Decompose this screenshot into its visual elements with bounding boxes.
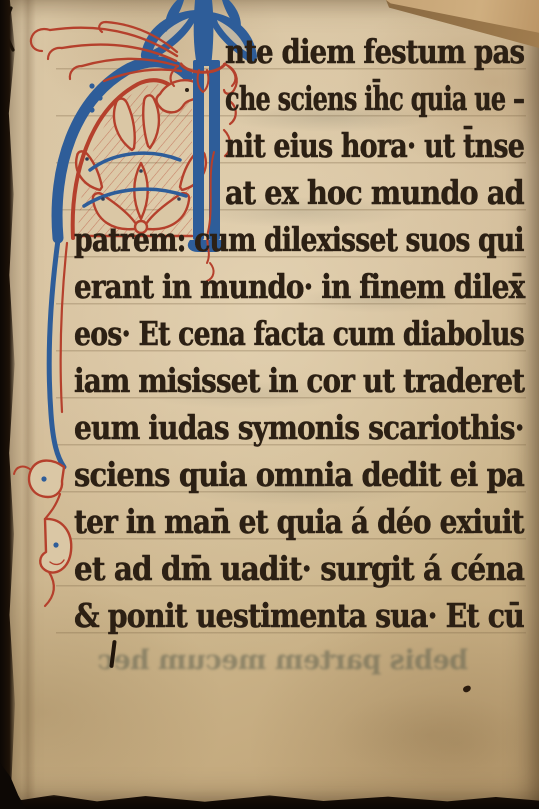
manuscript-text-line: nte diem festum pas: [225, 28, 475, 75]
manuscript-text-line: patrem: cum dilexisset suos qui: [74, 216, 438, 263]
manuscript-text-line: ter in man̄ et quia á déo exiuit: [74, 498, 456, 545]
text-block: nte diem festum pasche sciens ih̄c quia …: [74, 28, 524, 639]
manuscript-text-line: che sciens ih̄c quia ue –: [225, 75, 442, 122]
manuscript-text-line: at ex hoc mundo ad: [225, 169, 485, 216]
manuscript-text-line: sciens quia omnia dedit ei pa: [74, 451, 470, 498]
manuscript-text-line: & ponit uestimenta sua· Et cū: [74, 592, 461, 639]
manuscript-text-line: eos· Et cena facta cum diabolus: [74, 310, 439, 357]
manuscript-text-line: eum iudas symonis scariothis·: [74, 404, 457, 451]
manuscript-text-line: nit eius hora· ut t̄nse: [225, 122, 469, 169]
manuscript-text-line: erant in mundo· in finem dilex̄: [74, 263, 453, 310]
manuscript-text-line: et ad dm̄ uadit· surgit á céna: [74, 545, 475, 592]
show-through-text: bebis partem mecum hec: [96, 645, 468, 676]
manuscript-text-line: iam misisset in cor ut traderet: [74, 357, 453, 404]
manuscript-leaf: A A nte diem festum pasche sciens ih̄c q…: [0, 0, 539, 809]
